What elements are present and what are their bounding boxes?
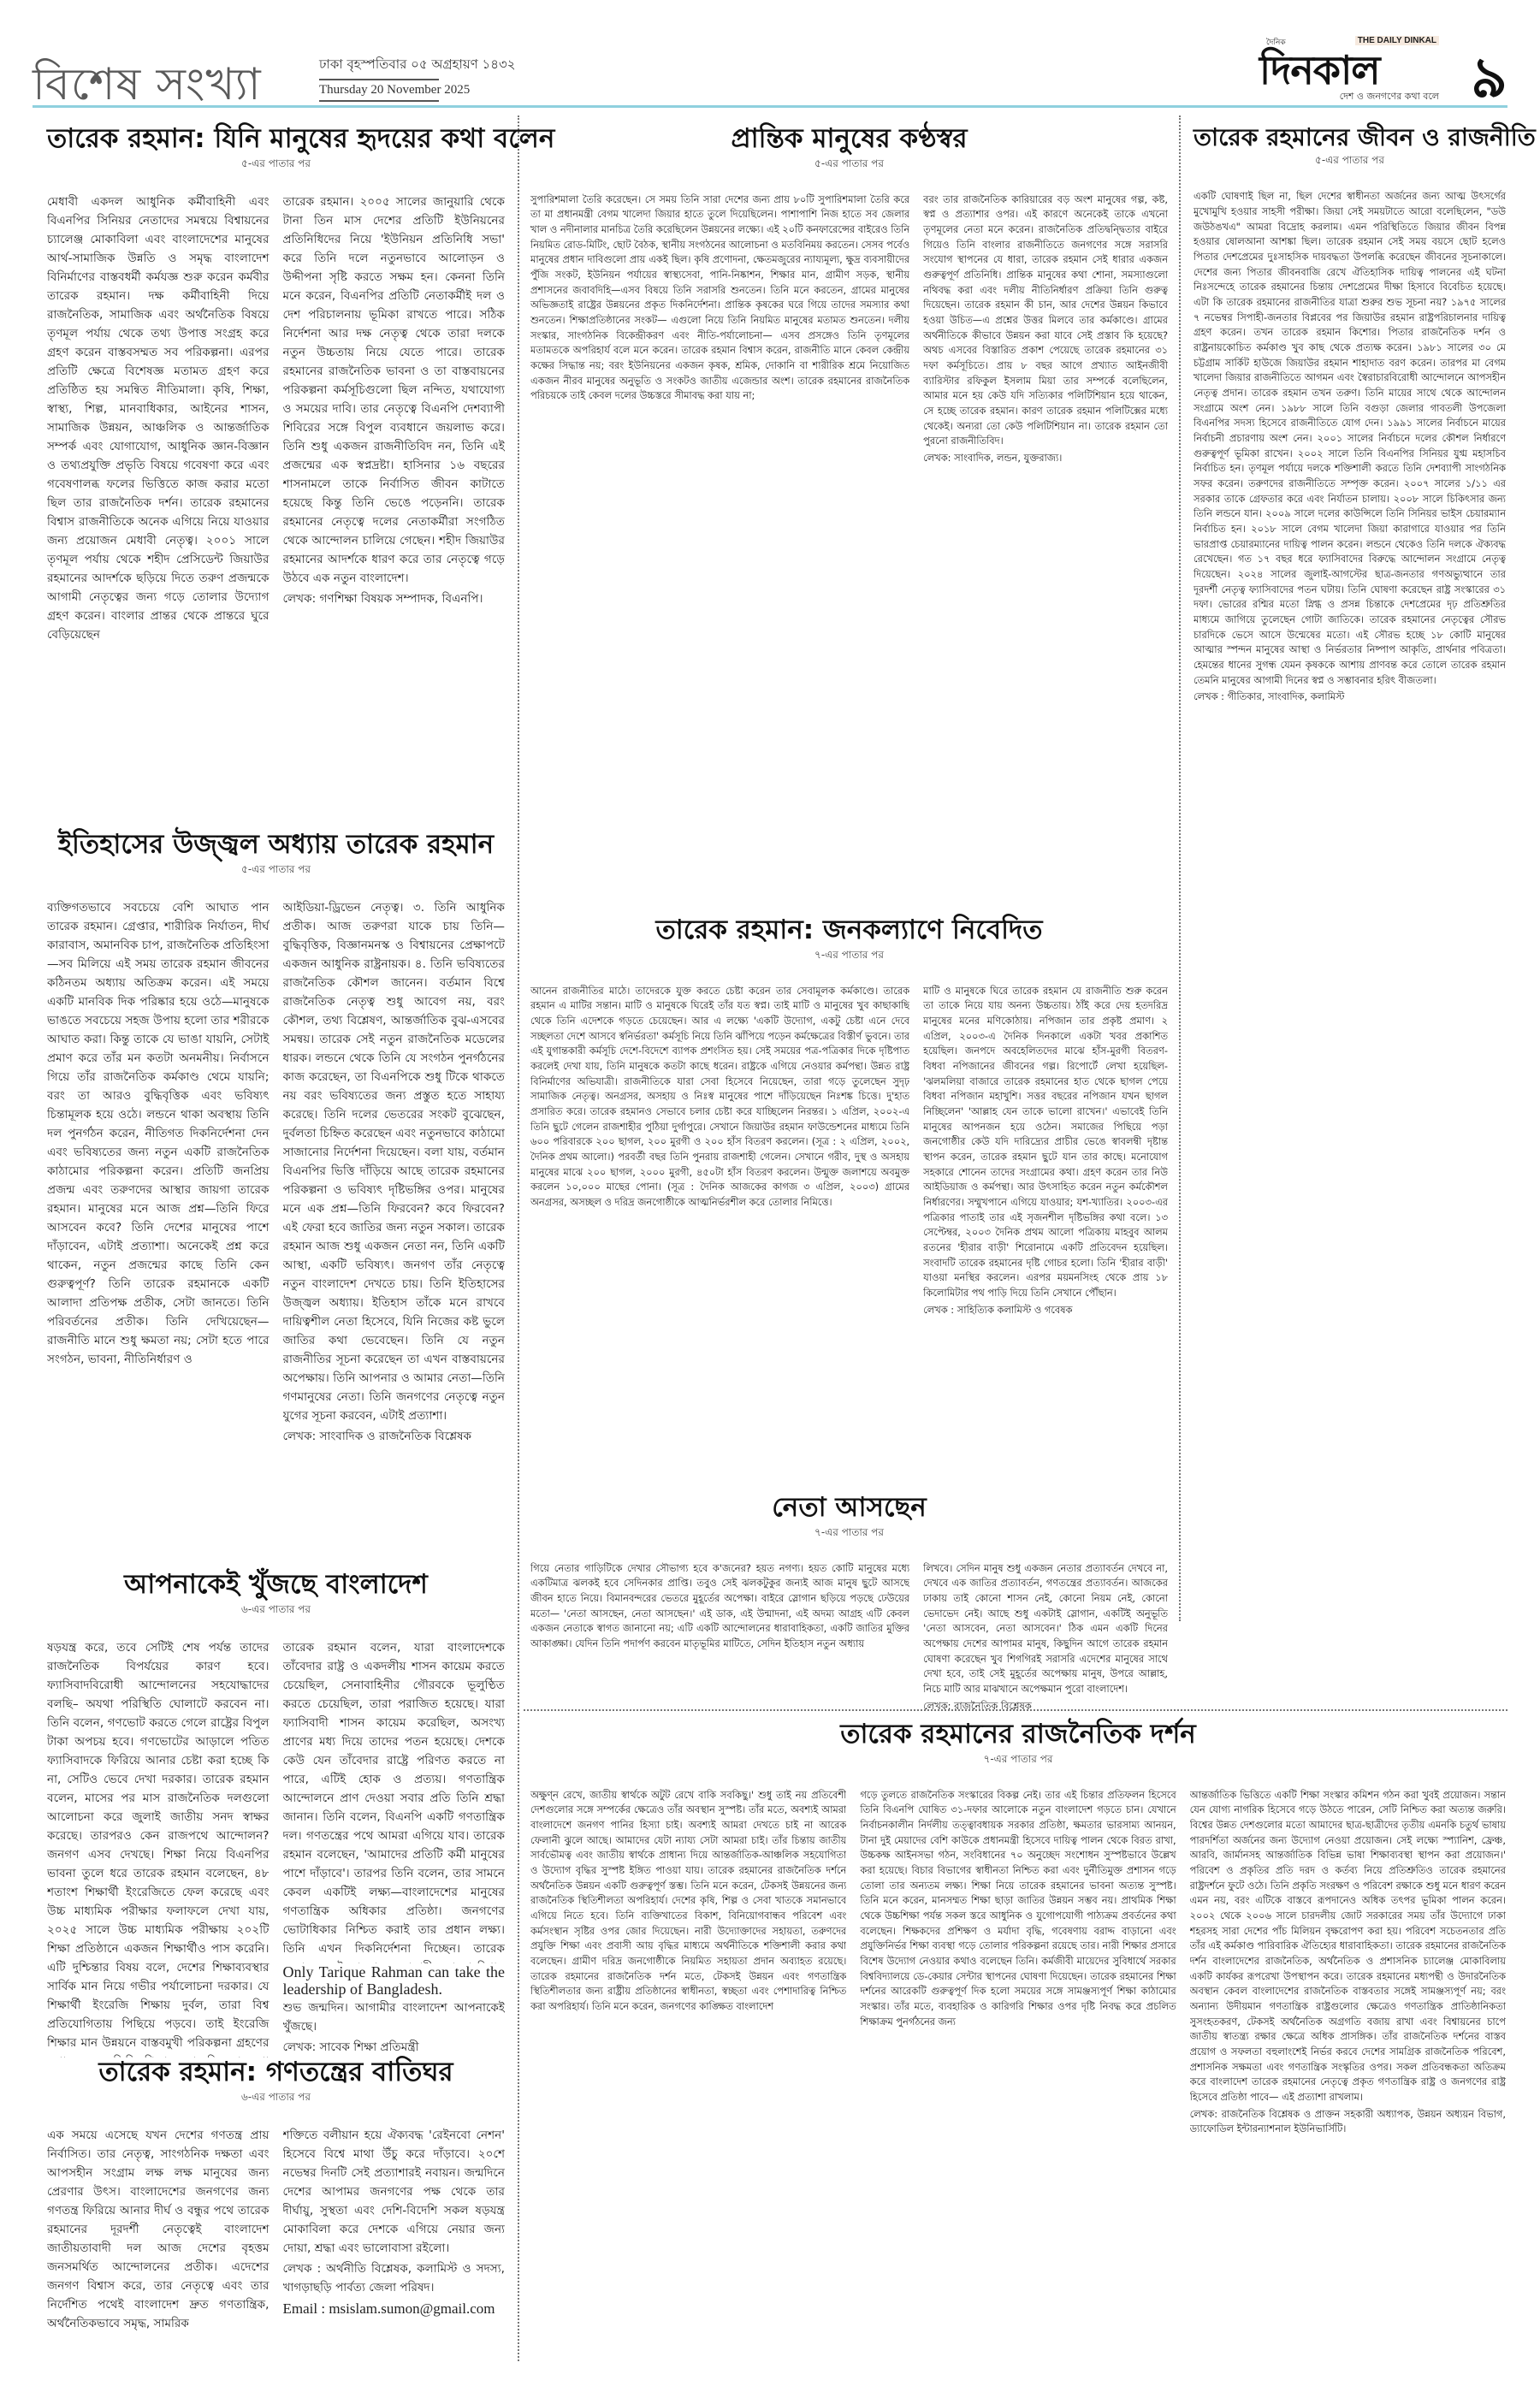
- article-headline[interactable]: তারেক রহমানের জীবন ও রাজনীতি: [1193, 124, 1506, 151]
- article-body: একটি ঘোষণাই ছিল না, ছিল দেশের স্বাধীনতা …: [1193, 189, 1506, 1695]
- text-column: বরং তার রাজনৈতিক কারিয়ারের বড় অংশ মানু…: [923, 192, 1168, 920]
- date-bengali: ঢাকা বৃহস্পতিবার ০৫ অগ্রহায়ণ ১৪৩২: [319, 55, 439, 80]
- english-quote: Only Tarique Rahman can take the leaders…: [283, 1963, 506, 1998]
- article-body: মেধাবী একদল আধুনিক কর্মীবাহিনী এবং বিএনপ…: [47, 192, 505, 791]
- text-column: শক্তিতে বলীয়ান হয়ে ঐক্যবদ্ধ 'রেইনবো নে…: [283, 2126, 506, 2331]
- column-divider: [518, 115, 519, 2361]
- article-apnakei-khujche: আপনাকেই খুঁজছে বাংলাদেশ ৬-এর পাতার পর ষড…: [47, 1570, 505, 2049]
- continued-from: ৫-এর পাতার পর: [1193, 153, 1506, 170]
- article-jibon-o-rajniti: তারেক রহমানের জীবন ও রাজনীতি ৫-এর পাতার …: [1193, 124, 1506, 1698]
- text-column: মেধাবী একদল আধুনিক কর্মীবাহিনী এবং বিএনপ…: [47, 192, 269, 791]
- page-number: ৯: [1471, 34, 1507, 128]
- continued-from: ৭-এর পাতার পর: [530, 1525, 1168, 1542]
- byline: লেখক: সাংবাদিক ও রাজনৈতিক বিশ্লেষক: [283, 1427, 506, 1446]
- article-headline[interactable]: তারেক রহমান: জনকল্যাণে নিবেদিত: [530, 915, 1168, 946]
- article-headline[interactable]: নেতা আসছেন: [530, 1493, 1168, 1524]
- section-title: বিশেষ সংখ্যা: [33, 50, 262, 124]
- continued-from: ৭-এর পাতার পর: [530, 948, 1168, 965]
- article-body: আনেন রাজনীতির মাঠে। তাদেরকে যুক্ত করতে চ…: [530, 984, 1168, 1489]
- byline: লেখক : অর্থনীতি বিশ্লেষক, কলামিস্ট ও সদস…: [283, 2259, 506, 2297]
- logo-tagline: দেশ ও জনগণের কথা বলে: [1340, 89, 1439, 105]
- text-column: আন্তর্জাতিক ভিত্তিতে একটি শিক্ষা সংস্কার…: [1190, 1788, 1506, 2353]
- article-headline[interactable]: ইতিহাসের উজ্জ্বল অধ্যায় তারেক রহমান: [47, 830, 505, 861]
- byline: লেখক: সাবেক শিক্ষা প্রতিমন্ত্রী: [283, 2038, 506, 2057]
- date-english: Thursday 20 November 2025: [319, 80, 439, 102]
- article-body: অক্ষুণ্ন রেখে, জাতীয় স্বার্থকে অটুট রেখ…: [530, 1788, 1506, 2353]
- article-headline[interactable]: তারেক রহমান: যিনি মানুষের হৃদয়ের কথা বল…: [47, 124, 505, 155]
- closing-line: শুভ জন্মদিন। আগামীর বাংলাদেশ আপনাকেই খুঁ…: [283, 1998, 506, 2036]
- text-column: অক্ষুণ্ন রেখে, জাতীয় স্বার্থকে অটুট রেখ…: [530, 1788, 846, 2353]
- article-itihaser-ujjol: ইতিহাসের উজ্জ্বল অধ্যায় তারেক রহমান ৫-এ…: [47, 830, 505, 1548]
- article-headline[interactable]: প্রান্তিক মানুষের কণ্ঠস্বর: [530, 124, 1168, 155]
- article-rajnoitik-dorshon: তারেক রহমানের রাজনৈতিক দর্শন ৭-এর পাতার …: [530, 1720, 1506, 2370]
- article-headline[interactable]: তারেক রহমান: গণতন্ত্রের বাতিঘর: [47, 2057, 505, 2088]
- newspaper-logo[interactable]: দৈনিক THE DAILY DINKAL দিনকাল দেশ ও জনগণ…: [1259, 34, 1439, 103]
- masthead: বিশেষ সংখ্যা ঢাকা বৃহস্পতিবার ০৫ অগ্রহায…: [33, 0, 1507, 110]
- text-column: ষড়যন্ত্র করে, তবে সেটিই শেষ পর্যন্ত তাদ…: [47, 1638, 269, 2057]
- continued-from: ৬-এর পাতার পর: [47, 1602, 505, 1619]
- text-column: গিয়ে নেতার গাড়িটিকে দেখার সৌভাগ্য হবে …: [530, 1561, 909, 1711]
- byline: লেখক: রাজনৈতিক বিশ্লেষক ও প্রাক্তন সহকার…: [1190, 2107, 1506, 2137]
- text-column: তারেক রহমান। ২০০৫ সালের জানুয়ারি থেকে ট…: [283, 192, 506, 791]
- continued-from: ৫-এর পাতার পর: [47, 157, 505, 174]
- byline: লেখক : গীতিকার, সাংবাদিক, কলামিস্ট: [1193, 690, 1506, 705]
- continued-from: ৫-এর পাতার পর: [530, 157, 1168, 174]
- article-headline[interactable]: আপনাকেই খুঁজছে বাংলাদেশ: [47, 1570, 505, 1601]
- article-body: সুপারিশমালা তৈরি করেছেন। সে সময় তিনি সা…: [530, 192, 1168, 920]
- article-gonotontrer-batighor: তারেক রহমান: গণতন্ত্রের বাতিঘর ৬-এর পাতা…: [47, 2057, 505, 2331]
- continued-from: ৬-এর পাতার পর: [47, 2090, 505, 2107]
- text-column: মাটি ও মানুষকে ঘিরে তারেক রহমান যে রাজনী…: [923, 984, 1168, 1489]
- article-hridoyer-kotha: তারেক রহমান: যিনি মানুষের হৃদয়ের কথা বল…: [47, 124, 505, 800]
- text-column: তারেক রহমান বলেন, যারা বাংলাদেশকে তাঁবেদ…: [283, 1638, 506, 2057]
- byline: লেখক: রাজনৈতিক বিশ্লেষক: [923, 1699, 1168, 1711]
- date-block: ঢাকা বৃহস্পতিবার ০৫ অগ্রহায়ণ ১৪৩২ Thurs…: [319, 55, 439, 102]
- author-email[interactable]: Email : msislam.sumon@gmail.com: [283, 2297, 506, 2321]
- article-body: এক সময়ে এসেছে যখন দেশের গণতন্ত্র প্রায়…: [47, 2126, 505, 2331]
- byline: লেখক: গণশিক্ষা বিষয়ক সম্পাদক, বিএনপি।: [283, 589, 506, 608]
- continued-from: ৫-এর পাতার পর: [47, 862, 505, 879]
- continued-from: ৭-এর পাতার পর: [530, 1752, 1506, 1769]
- text-column: লিখবে। সেদিন মানুষ শুধু একজন নেতার প্রত্…: [923, 1561, 1168, 1711]
- text-column: আইডিয়া-ড্রিভেন নেতৃত্ব। ৩. তিনি আধুনিক …: [283, 898, 506, 1557]
- text-column: ব্যক্তিগতভাবে সবচেয়ে বেশি আঘাত পান তারে…: [47, 898, 269, 1557]
- text-column: এক সময়ে এসেছে যখন দেশের গণতন্ত্র প্রায়…: [47, 2126, 269, 2331]
- masthead-rule: [33, 105, 1507, 108]
- article-body: ব্যক্তিগতভাবে সবচেয়ে বেশি আঘাত পান তারে…: [47, 898, 505, 1557]
- byline: লেখক : সাহিত্যিক কলামিস্ট ও গবেষক: [923, 1303, 1168, 1318]
- article-neta-ashchen: নেতা আসছেন ৭-এর পাতার পর গিয়ে নেতার গাড…: [530, 1493, 1168, 1702]
- article-prantik-manush: প্রান্তিক মানুষের কণ্ঠস্বর ৫-এর পাতার পর…: [530, 124, 1168, 920]
- byline: লেখক: সাংবাদিক, লন্ডন, যুক্তরাজ্য।: [923, 451, 1168, 466]
- text-column: গড়ে তুলতে রাজনৈতিক সংস্কারের বিকল্প নেই…: [860, 1788, 1176, 2353]
- text-column: আনেন রাজনীতির মাঠে। তাদেরকে যুক্ত করতে চ…: [530, 984, 909, 1489]
- article-body: গিয়ে নেতার গাড়িটিকে দেখার সৌভাগ্য হবে …: [530, 1561, 1168, 1711]
- text-column: একটি ঘোষণাই ছিল না, ছিল দেশের স্বাধীনতা …: [1193, 189, 1506, 1695]
- article-headline[interactable]: তারেক রহমানের রাজনৈতিক দর্শন: [530, 1720, 1506, 1750]
- article-body: ষড়যন্ত্র করে, তবে সেটিই শেষ পর্যন্ত তাদ…: [47, 1638, 505, 2057]
- text-column: সুপারিশমালা তৈরি করেছেন। সে সময় তিনি সা…: [530, 192, 909, 920]
